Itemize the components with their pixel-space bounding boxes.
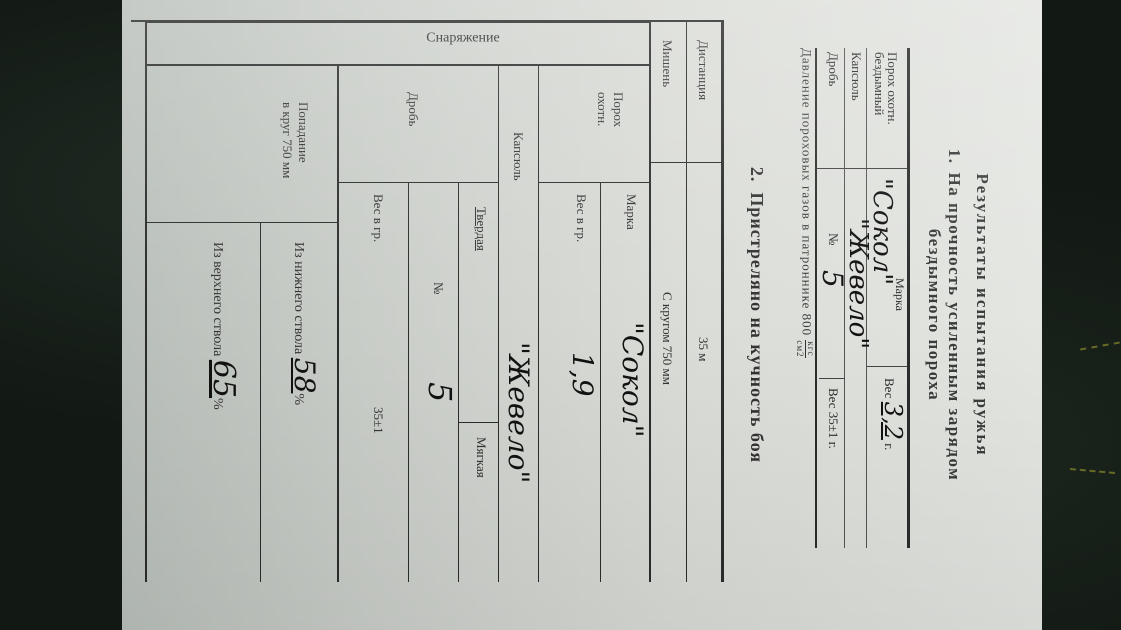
powder-weight-handwritten: 3,2 xyxy=(879,402,907,440)
shot-number-handwritten: 5 xyxy=(816,270,849,288)
pressure-unit: кгссм2 xyxy=(795,340,816,357)
gas-pressure-text: Давление пороховых газов в патроннике 80… xyxy=(795,48,816,358)
primer-label: Капсюль xyxy=(510,132,526,181)
equipment-header: Снаряжение xyxy=(426,31,499,47)
lower-barrel-handwritten: 58 xyxy=(288,358,321,394)
test-certificate-page: Результаты испытания ружья 1.На прочност… xyxy=(122,0,1042,630)
distance-label: Дистанция xyxy=(695,40,711,100)
shot-label: Дробь xyxy=(405,92,421,126)
accuracy-test-table: Дистанция 35 м Мишень С кругом 750 мм Сн… xyxy=(131,20,724,582)
hits-label: Попадание в круг 750 мм xyxy=(279,102,311,178)
shot-hard-option: Твердая xyxy=(473,207,489,251)
distance-value: 35 м xyxy=(695,337,711,361)
table-row: Дробь № 5 Вес 35±1 г. xyxy=(819,48,845,548)
upper-barrel-result: Из верхнего ствола 65% xyxy=(206,242,241,410)
shot-weight-value: 35±1 xyxy=(370,407,386,434)
powder-brand-handwritten: "Сокол" xyxy=(616,322,649,437)
shot-number-handwritten: 5 xyxy=(421,382,459,402)
document-title: Результаты испытания ружья xyxy=(972,0,992,630)
primer-brand-handwritten: "Жевело" xyxy=(502,342,535,483)
table-row: Капсюль "Жевело" xyxy=(844,48,867,548)
target-value: С кругом 750 мм xyxy=(659,292,675,385)
section2-title: 2.Пристреляно на кучность боя xyxy=(746,0,767,630)
section1-title: 1.На прочность усиленным зарядом бездымн… xyxy=(924,0,964,630)
powder-label: Порох охотн. xyxy=(594,92,626,127)
powder-weight-handwritten: 1,9 xyxy=(566,352,599,397)
section1-number: 1. xyxy=(945,149,964,165)
target-label: Мишень xyxy=(659,40,675,87)
lower-barrel-result: Из нижнего ствола 58% xyxy=(288,242,321,405)
upper-barrel-handwritten: 65 xyxy=(206,360,241,398)
shot-soft-option: Мягкая xyxy=(473,437,489,478)
strength-test-table: Порох охотн. бездымный Марка "Сокол" Вес… xyxy=(815,48,910,548)
